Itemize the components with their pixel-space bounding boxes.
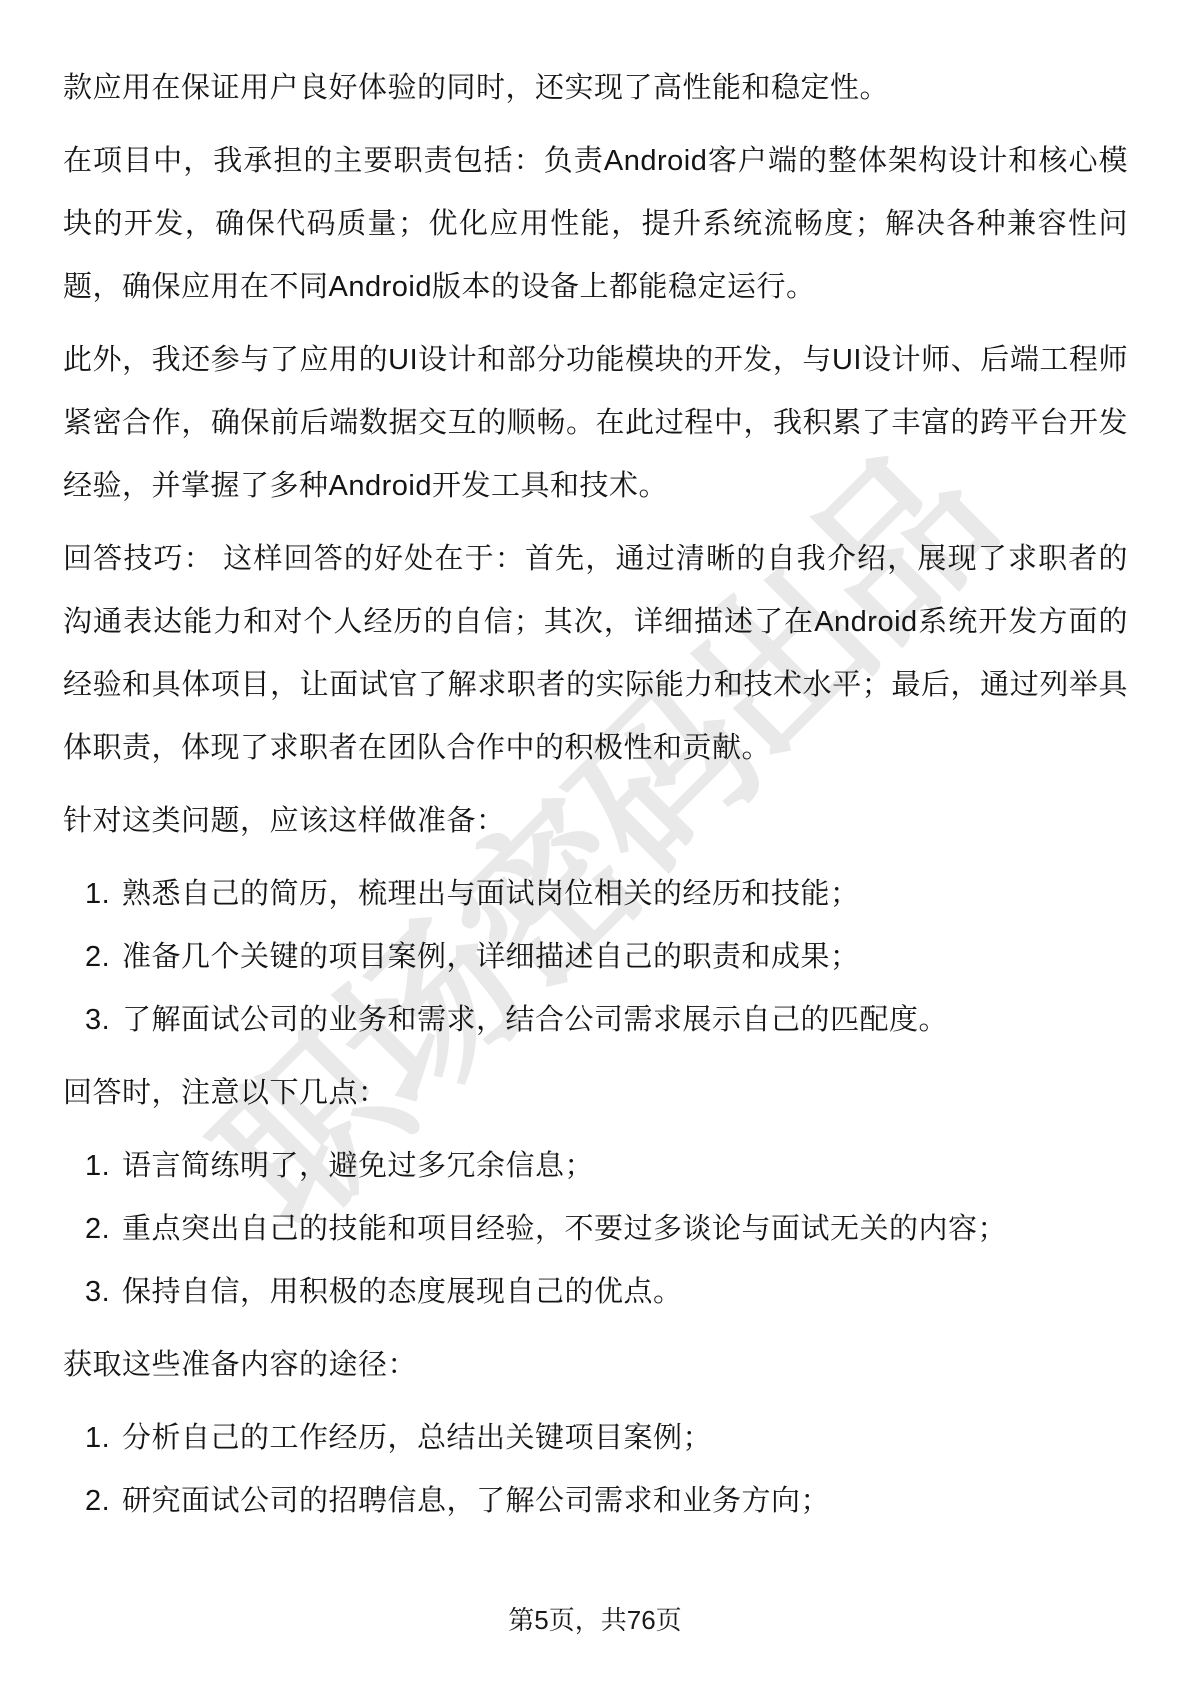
paragraph-answer-notes-intro: 回答时，注意以下几点： <box>63 1062 1128 1125</box>
list-item-text: 保持自信，用积极的态度展现自己的优点。 <box>122 1261 1128 1324</box>
list-item-number: 3. <box>85 989 122 1052</box>
page-number-indicator: 第5页，共76页 <box>508 1605 681 1635</box>
paragraph-responsibilities: 在项目中，我承担的主要职责包括：负责Android客户端的整体架构设计和核心模块… <box>63 130 1128 319</box>
list-item: 1. 熟悉自己的简历，梳理出与面试岗位相关的经历和技能； <box>63 863 1128 926</box>
list-item: 2. 准备几个关键的项目案例，详细描述自己的职责和成果； <box>63 926 1128 989</box>
list-item-text: 分析自己的工作经历，总结出关键项目案例； <box>122 1407 1128 1470</box>
paragraph-sources-intro: 获取这些准备内容的途径： <box>63 1334 1128 1397</box>
list-item-number: 2. <box>85 1198 122 1261</box>
list-item-text: 语言简练明了，避免过多冗余信息； <box>122 1135 1128 1198</box>
list-item: 3. 保持自信，用积极的态度展现自己的优点。 <box>63 1261 1128 1324</box>
document-page: 职场密码出品 款应用在保证用户良好体验的同时，还实现了高性能和稳定性。 在项目中… <box>0 0 1190 1684</box>
list-item-number: 2. <box>85 1470 122 1533</box>
list-item: 1. 语言简练明了，避免过多冗余信息； <box>63 1135 1128 1198</box>
list-item-number: 1. <box>85 863 122 926</box>
list-item: 2. 重点突出自己的技能和项目经验，不要过多谈论与面试无关的内容； <box>63 1198 1128 1261</box>
page-content: 款应用在保证用户良好体验的同时，还实现了高性能和稳定性。 在项目中，我承担的主要… <box>63 0 1128 1543</box>
list-item: 2. 研究面试公司的招聘信息，了解公司需求和业务方向； <box>63 1470 1128 1533</box>
page-footer: 第5页，共76页 <box>0 1600 1190 1640</box>
list-item-number: 1. <box>85 1135 122 1198</box>
paragraph-continued: 款应用在保证用户良好体验的同时，还实现了高性能和稳定性。 <box>63 57 1128 120</box>
ordered-list-preparation: 1. 熟悉自己的简历，梳理出与面试岗位相关的经历和技能； 2. 准备几个关键的项… <box>63 863 1128 1052</box>
ordered-list-answer-tips: 1. 语言简练明了，避免过多冗余信息； 2. 重点突出自己的技能和项目经验，不要… <box>63 1135 1128 1324</box>
list-item-text: 研究面试公司的招聘信息，了解公司需求和业务方向； <box>122 1470 1128 1533</box>
list-item-text: 重点突出自己的技能和项目经验，不要过多谈论与面试无关的内容； <box>122 1198 1128 1261</box>
list-item-text: 了解面试公司的业务和需求，结合公司需求展示自己的匹配度。 <box>122 989 1128 1052</box>
list-item-text: 准备几个关键的项目案例，详细描述自己的职责和成果； <box>122 926 1128 989</box>
list-item-number: 1. <box>85 1407 122 1470</box>
list-item: 3. 了解面试公司的业务和需求，结合公司需求展示自己的匹配度。 <box>63 989 1128 1052</box>
paragraph-preparation-intro: 针对这类问题，应该这样做准备： <box>63 790 1128 853</box>
list-item-number: 3. <box>85 1261 122 1324</box>
list-item: 1. 分析自己的工作经历，总结出关键项目案例； <box>63 1407 1128 1470</box>
ordered-list-content-sources: 1. 分析自己的工作经历，总结出关键项目案例； 2. 研究面试公司的招聘信息，了… <box>63 1407 1128 1533</box>
list-item-number: 2. <box>85 926 122 989</box>
list-item-text: 熟悉自己的简历，梳理出与面试岗位相关的经历和技能； <box>122 863 1128 926</box>
paragraph-collaboration: 此外，我还参与了应用的UI设计和部分功能模块的开发，与UI设计师、后端工程师紧密… <box>63 329 1128 518</box>
paragraph-answer-technique: 回答技巧： 这样回答的好处在于：首先，通过清晰的自我介绍，展现了求职者的沟通表达… <box>63 528 1128 780</box>
